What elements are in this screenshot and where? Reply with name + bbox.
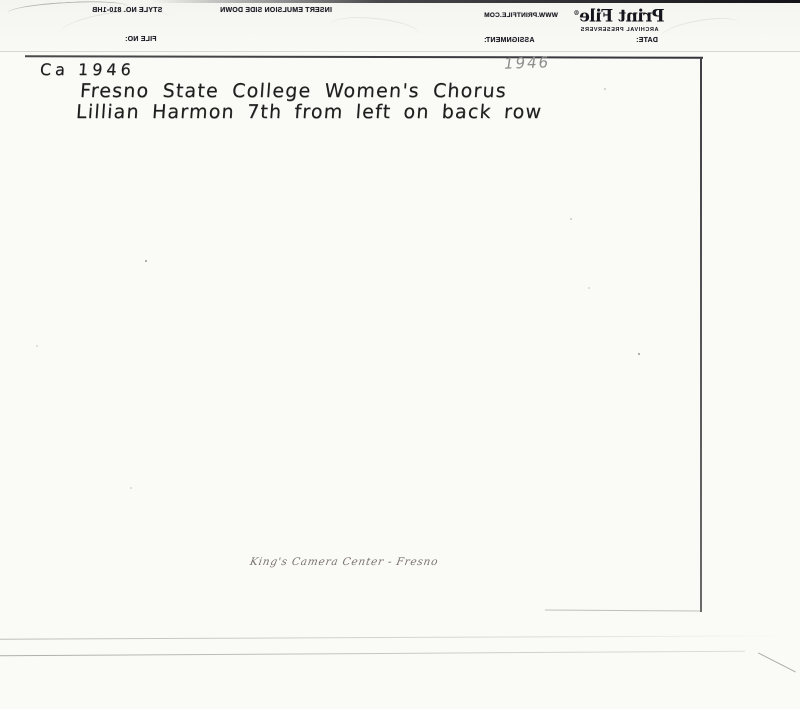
handwritten-caption-line1: Fresno State College Women's Chorus [79, 80, 507, 102]
dust-speck [36, 345, 38, 347]
scan-top-edge-shadow [150, 0, 800, 3]
dust-speck [130, 487, 132, 489]
handwritten-circa-date: Ca 1946 [39, 60, 135, 79]
photo-right-edge [700, 57, 702, 612]
sleeve-fold-line [0, 635, 785, 639]
sleeve-website-label: WWW.PRINTFILE.COM [484, 12, 558, 19]
printfile-logo: Print File® ARCHIVAL PRESERVERS [574, 5, 665, 33]
paper-smudge [659, 13, 741, 48]
studio-imprint: King's Camera Center - Fresno [249, 556, 439, 568]
dust-speck [570, 218, 572, 220]
sleeve-insert-note-label: INSERT EMULSION SIDE DOWN [220, 7, 332, 14]
printfile-brand-text: Print File [580, 7, 665, 27]
handwritten-caption-line2: Lillian Harmon 7th from left on back row [75, 101, 543, 123]
dust-speck [588, 287, 590, 289]
sleeve-fold-line [0, 651, 745, 657]
sleeve-file-no-label: FILE NO: [125, 36, 157, 43]
dust-speck [638, 353, 640, 355]
penciled-year: 1946 [504, 53, 551, 73]
photo-top-edge [25, 55, 703, 58]
sleeve-assignment-label: ASSIGNMENT: [484, 37, 534, 44]
paper-smudge [329, 13, 421, 45]
registered-mark-icon: ® [574, 10, 580, 17]
dust-speck [604, 88, 606, 90]
scanned-photo-back: STYLE NO. 810-1HB INSERT EMULSION SIDE D… [0, 0, 800, 709]
scratch-mark [758, 653, 796, 673]
dust-speck [145, 260, 147, 262]
printfile-subtitle: ARCHIVAL PRESERVERS [574, 27, 665, 33]
sleeve-edge-line [0, 51, 800, 52]
photo-bottom-edge [545, 609, 701, 611]
sleeve-date-label: DATE: [636, 37, 658, 44]
